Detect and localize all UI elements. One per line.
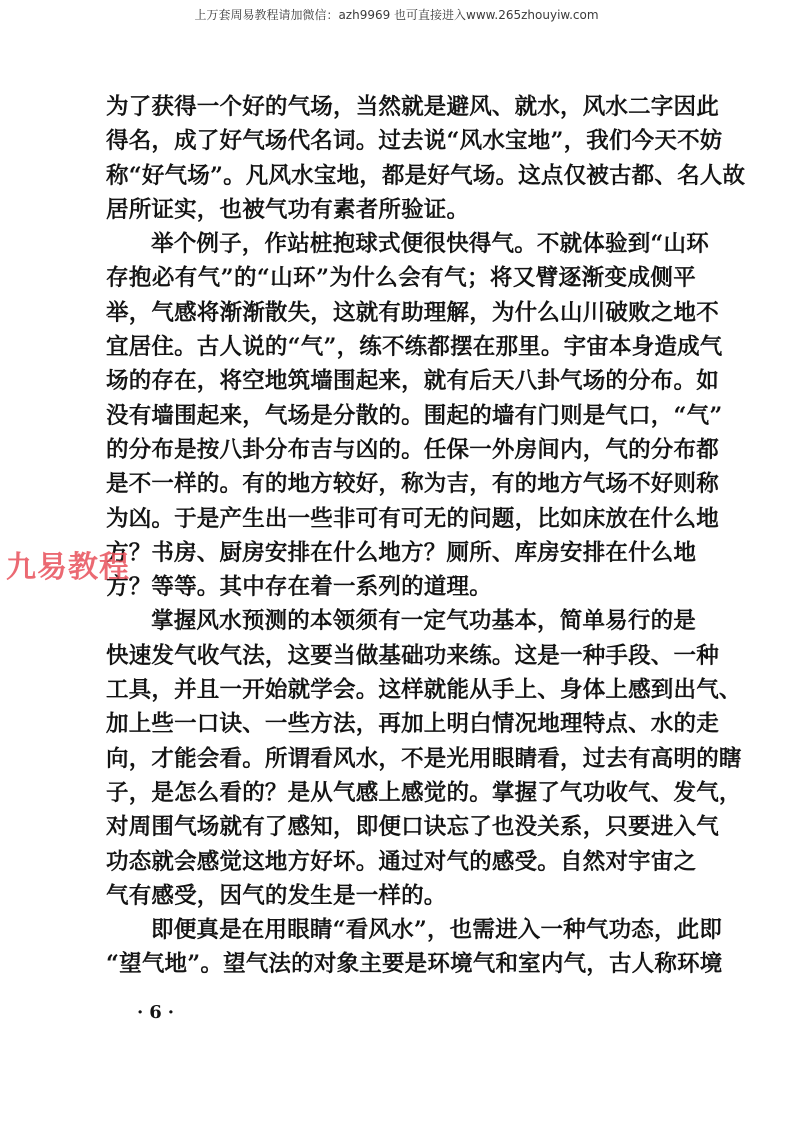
text-line: 举个例子，作站桩抱球式便很快得气。不就体验到“山环 [106,227,696,261]
header-banner: 上万套周易教程请加微信：azh9969 也可直接进入www.265zhouyiw… [0,6,793,23]
text-line: 为凶。于是产生出一些非可有可无的问题，比如床放在什么地 [106,502,696,536]
text-line: 存抱必有气”的“山环”为什么会有气；将又臂逐渐变成侧平 [106,261,696,295]
text-line: “望气地”。望气法的对象主要是环境气和室内气，古人称环境 [106,947,696,981]
text-line: 气有感受，因气的发生是一样的。 [106,879,696,913]
text-line: 快速发气收气法，这要当做基础功来练。这是一种手段、一种 [106,639,696,673]
text-line: 工具，并且一开始就学会。这样就能从手上、身体上感到出气、 [106,673,696,707]
text-line: 没有墙围起来，气场是分散的。围起的墙有门则是气口，“气” [106,399,696,433]
text-line: 掌握风水预测的本领须有一定气功基本，简单易行的是 [106,604,696,638]
text-line: 对周围气场就有了感知，即便口诀忘了也没关系，只要进入气 [106,810,696,844]
text-line: 即便真是在用眼睛“看风水”，也需进入一种气功态，此即 [106,913,696,947]
text-line: 得名，成了好气场代名词。过去说“风水宝地”，我们今天不妨 [106,124,696,158]
text-line: 子，是怎么看的？是从气感上感觉的。掌握了气功收气、发气， [106,776,696,810]
text-line: 宜居住。古人说的“气”，练不练都摆在那里。宇宙本身造成气 [106,330,696,364]
text-line: 称“好气场”。凡风水宝地，都是好气场。这点仅被古都、名人故 [106,159,696,193]
page-body: 为了获得一个好的气场，当然就是避风、就水，风水二字因此 得名，成了好气场代名词。… [106,90,696,982]
page-number: ·6· [137,1002,180,1023]
text-line: 方？书房、厨房安排在什么地方？厕所、库房安排在什么地 [106,536,696,570]
text-line: 举，气感将渐渐散失，这就有助理解，为什么山川破败之地不 [106,296,696,330]
text-line: 方？等等。其中存在着一系列的道理。 [106,570,696,604]
text-line: 为了获得一个好的气场，当然就是避风、就水，风水二字因此 [106,90,696,124]
text-line: 的分布是按八卦分布吉与凶的。任保一外房间内，气的分布都 [106,433,696,467]
text-line: 是不一样的。有的地方较好，称为吉，有的地方气场不好则称 [106,467,696,501]
text-line: 居所证实，也被气功有素者所验证。 [106,193,696,227]
text-line: 功态就会感觉这地方好坏。通过对气的感受。自然对宇宙之 [106,845,696,879]
watermark: 九易教程 [6,542,130,586]
text-line: 向，才能会看。所谓看风水，不是光用眼睛看，过去有高明的瞎 [106,742,696,776]
text-line: 加上些一口诀、一些方法，再加上明白情况地理特点、水的走 [106,707,696,741]
text-line: 场的存在，将空地筑墙围起来，就有后天八卦气场的分布。如 [106,364,696,398]
